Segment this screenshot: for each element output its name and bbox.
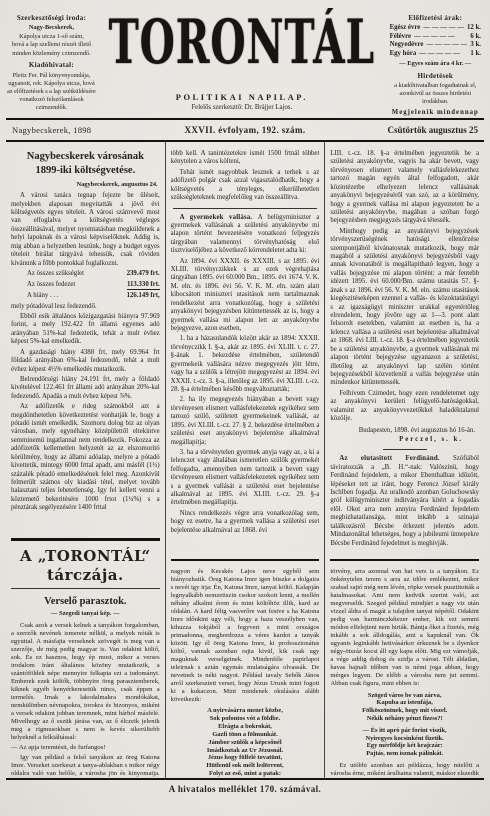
feuilleton-story-title: Verselő parasztok.: [11, 595, 160, 608]
block-cont: nagyon és Kecskés Lajos neve egyből sem …: [171, 568, 320, 703]
circular-signature: Perczel, s. k.: [330, 436, 479, 444]
column-3-top: LIII. t.-cz. 18. §-a értelmében jegyezte…: [330, 148, 479, 554]
article-title-budget: Nagybecskerek városának 1899-iki költség…: [15, 150, 156, 177]
verse-line: Hütlenül sok mélt ledörrent,: [171, 762, 320, 770]
verse-line: Elrágta a bokrokát,: [171, 723, 320, 731]
column-2-feuilleton: nagyon és Kecskés Lajos neve egyből sem …: [171, 559, 320, 778]
budget-line-deficit: A hiány . . .126.149 frt,: [11, 291, 160, 301]
editorial-office-lines: Nagy-Becskerek,Kápolya utcza 1-ső szám,h…: [6, 24, 97, 58]
verse-line: Szöged város be van zárva,: [330, 692, 479, 700]
text-line: Kápolya utcza 1-ső szám,: [6, 33, 97, 42]
verse-line: Folyt az eső, mint a patak:: [171, 770, 320, 778]
column-2: több kell. A tanintézetekre ismét 1500 f…: [165, 142, 325, 778]
subscription-box: Előfizetési árak: Egész évre— — — — —12 …: [387, 8, 484, 116]
subscription-heading: Előfizetési árak:: [387, 14, 484, 23]
text-line: hová a lap szellemi részét illető minden…: [6, 41, 97, 58]
verse-line: Jézus hogy fölfelé tovatünt,: [171, 754, 320, 762]
article-lead-children-religion: A gyermekek vallása. A belügyminiszter a…: [171, 214, 320, 256]
page-body: Nagybecskerek városának 1899-iki költség…: [6, 142, 484, 778]
publisher-heading: Kiadóhivatal:: [6, 61, 97, 70]
masthead: Szerkesztőségi iroda: Nagy-Becskerek,Káp…: [6, 8, 484, 116]
editorial-office-box: Szerkesztőségi iroda: Nagy-Becskerek,Káp…: [6, 8, 97, 116]
verse-line: Pajtás, nem isznak pálinkát.: [330, 750, 479, 758]
block-cont: — Az apja teremtésit, de furfangos!: [11, 744, 160, 752]
block-p: 1. ha a házasulandók között akár az 1894…: [171, 335, 320, 394]
verse-toll: — És itt apró pár forint viszik,Nyiregye…: [330, 727, 479, 758]
column-1-feuilleton: A „TORONTÁL“ tárczája.Verselő parasztok.…: [11, 538, 160, 778]
block-rate: Egész évre— — — — —12 k.: [387, 24, 484, 32]
dateline-bar: Nagybecskerek, 1898 XXVII. évfolyam, 192…: [6, 118, 484, 142]
editorial-office-heading: Szerkesztőségi iroda:: [6, 14, 97, 23]
block-p: Felhivom Czimedet, hogy ezen rendeleteme…: [330, 390, 479, 424]
block-p: Belrendőrségi hiány 24.191 frt, mely a f…: [11, 376, 160, 401]
page-footer: A hivatalos melléklet 170. számával.: [6, 778, 484, 797]
block-p: Az 1894. évi XXXII. és XXXIII. s az 1895…: [171, 258, 320, 334]
block-rule: [173, 208, 318, 209]
budget-line-total-need: Az összes szükséglet239.479 frt.: [11, 269, 160, 279]
verse-jesus: A nyirvásárra menet közbe,Sok pofontos v…: [171, 707, 320, 778]
newspaper-title: TORONTÁL: [109, 8, 375, 93]
block-p: A gazdasági hiány 4388 frt, mely 69.964 …: [11, 349, 160, 374]
circular-date-line: Budapesten, 1898. évi augusztus hó 16-án…: [330, 427, 479, 435]
text-line: Nagy-Becskerek,: [6, 24, 97, 33]
publish-heading: Megjelenik mindennap: [387, 108, 484, 116]
feuilleton-story-subtitle: — Szegedi tanyai kép. —: [11, 610, 160, 618]
block-p: Nincs rendelkezés végre arra vonatkozóla…: [171, 510, 320, 535]
budget-line-total-cover: Az összes fedezet113.330 frt.: [11, 280, 160, 291]
single-copy-price: — Egyes szám ára 4 kr. —: [387, 60, 484, 69]
verse-line: Fölköszöntnek, hogy mit viszel.: [330, 707, 479, 715]
column-1: Nagybecskerek városának 1899-iki költség…: [6, 142, 165, 778]
block-rate: Félévre— — — — —6 k.: [387, 33, 484, 41]
block-rate: Negyedévre— — — — —3 k.: [387, 41, 484, 49]
verse-line: Nyiregyes kocsinként fizetik.: [330, 735, 479, 743]
verse-line: Kapuba az istenfája,: [330, 699, 479, 707]
feuilleton-header: A „TORONTÁL“ tárczája.: [11, 538, 160, 589]
block-p: Ez utóbbi azonban azt példázza, hogy mie…: [330, 762, 479, 778]
verse-line: Imádkoztak az Ur Jézusnál.: [171, 747, 320, 755]
ads-text: a kiadóhivatalban fogadtatnak el, azonki…: [387, 82, 484, 106]
block-cont: törvény, arra azonnal van hat vers is a …: [330, 568, 479, 688]
column-1-top: Nagybecskerek városának 1899-iki költség…: [11, 148, 160, 538]
dateline-day: Csütörtök augusztus 25: [328, 125, 478, 135]
newspaper-subtitle: POLITIKAI NAPILAP.: [97, 92, 387, 102]
block-p: Ebből esik általános közigazgatási hiány…: [11, 313, 160, 347]
block-p: Minthogy pedig az anyakönyvi bejegyzések…: [330, 228, 479, 388]
block-p: Csak azok a versek kelnek a tanyákon for…: [11, 622, 160, 742]
editor-line: Felelős szerkesztő: Dr. Brájjer Lajos.: [97, 104, 387, 111]
block-p: Tehát ismét nagyobbak lesznek a terhek s…: [171, 169, 320, 203]
column-3: LIII. t.-cz. 18. §-a értelmében jegyezte…: [324, 142, 484, 778]
verse-line: Jámbor szülők a képcsőnél: [171, 739, 320, 747]
block-rate: Egy hóra— — — — —1 k.: [387, 50, 484, 58]
block-p: A városi tanács tegnap fejezte be ülései…: [11, 192, 160, 268]
block-p: 3. ha a törvénytelen gyermek anyja vagy …: [171, 449, 320, 508]
masthead-center: TORONTÁL POLITIKAI NAPILAP. Felelős szer…: [97, 8, 387, 116]
block-cont: több kell. A tanintézetekre ismét 1500 f…: [171, 150, 320, 167]
verse-city-gate: Szöged város be van zárva,Kapuba az iste…: [330, 692, 479, 723]
block-p: 2. ha ily megegyezés hiányában a bevett …: [171, 396, 320, 447]
verse-line: Gazfi tönn a fölmunkát.: [171, 731, 320, 739]
block-rule-short: [383, 449, 427, 450]
subscription-rates: Egész évre— — — — —12 k.Félévre— — — — —…: [387, 24, 484, 58]
ads-heading: Hirdetések: [387, 72, 484, 81]
newspaper-page: Szerkesztőségi iroda: Nagy-Becskerek,Káp…: [0, 0, 490, 816]
verse-line: — És itt apró pár forint viszik,: [330, 727, 479, 735]
block-p: Igy van például a felső tanyákon az öreg…: [11, 754, 160, 778]
verse-line: Egy mérföldje két krajczár:: [330, 742, 479, 750]
column-3-feuilleton: törvény, arra azonnal van hat vers is a …: [330, 559, 479, 778]
block-cont: mely pótadóval lesz fedezendő.: [11, 303, 160, 311]
verse-line: Nékik néhány pénzt fizess?!: [330, 715, 479, 723]
block-cont: LIII. t.-cz. 18. §-a értelmében jegyezte…: [330, 150, 479, 226]
dateline-place: Nagybecskerek, 1898: [12, 125, 162, 135]
publisher-text: Pleitz Fer. Pál könyvnyomdája, ugyanott,…: [6, 72, 97, 112]
dateline-issue: XXVII. évfolyam, 192. szám.: [162, 125, 328, 135]
article-dateline: Nagybecskerek, augusztus 24.: [13, 181, 158, 189]
article-lead-ferdinand: Az elutasitott Ferdinánd. Szófiából távi…: [330, 455, 479, 548]
verse-line: A nyirvásárra menet közbe,: [171, 707, 320, 715]
verse-line: Sok pofontos vót a földbe.: [171, 715, 320, 723]
column-2-top: több kell. A tanintézetekre ismét 1500 f…: [171, 148, 320, 554]
supplement-note: A hivatalos melléklet 170. számával.: [169, 784, 321, 794]
block-p: Az adófizetők e rideg számokból azt a me…: [11, 403, 160, 512]
